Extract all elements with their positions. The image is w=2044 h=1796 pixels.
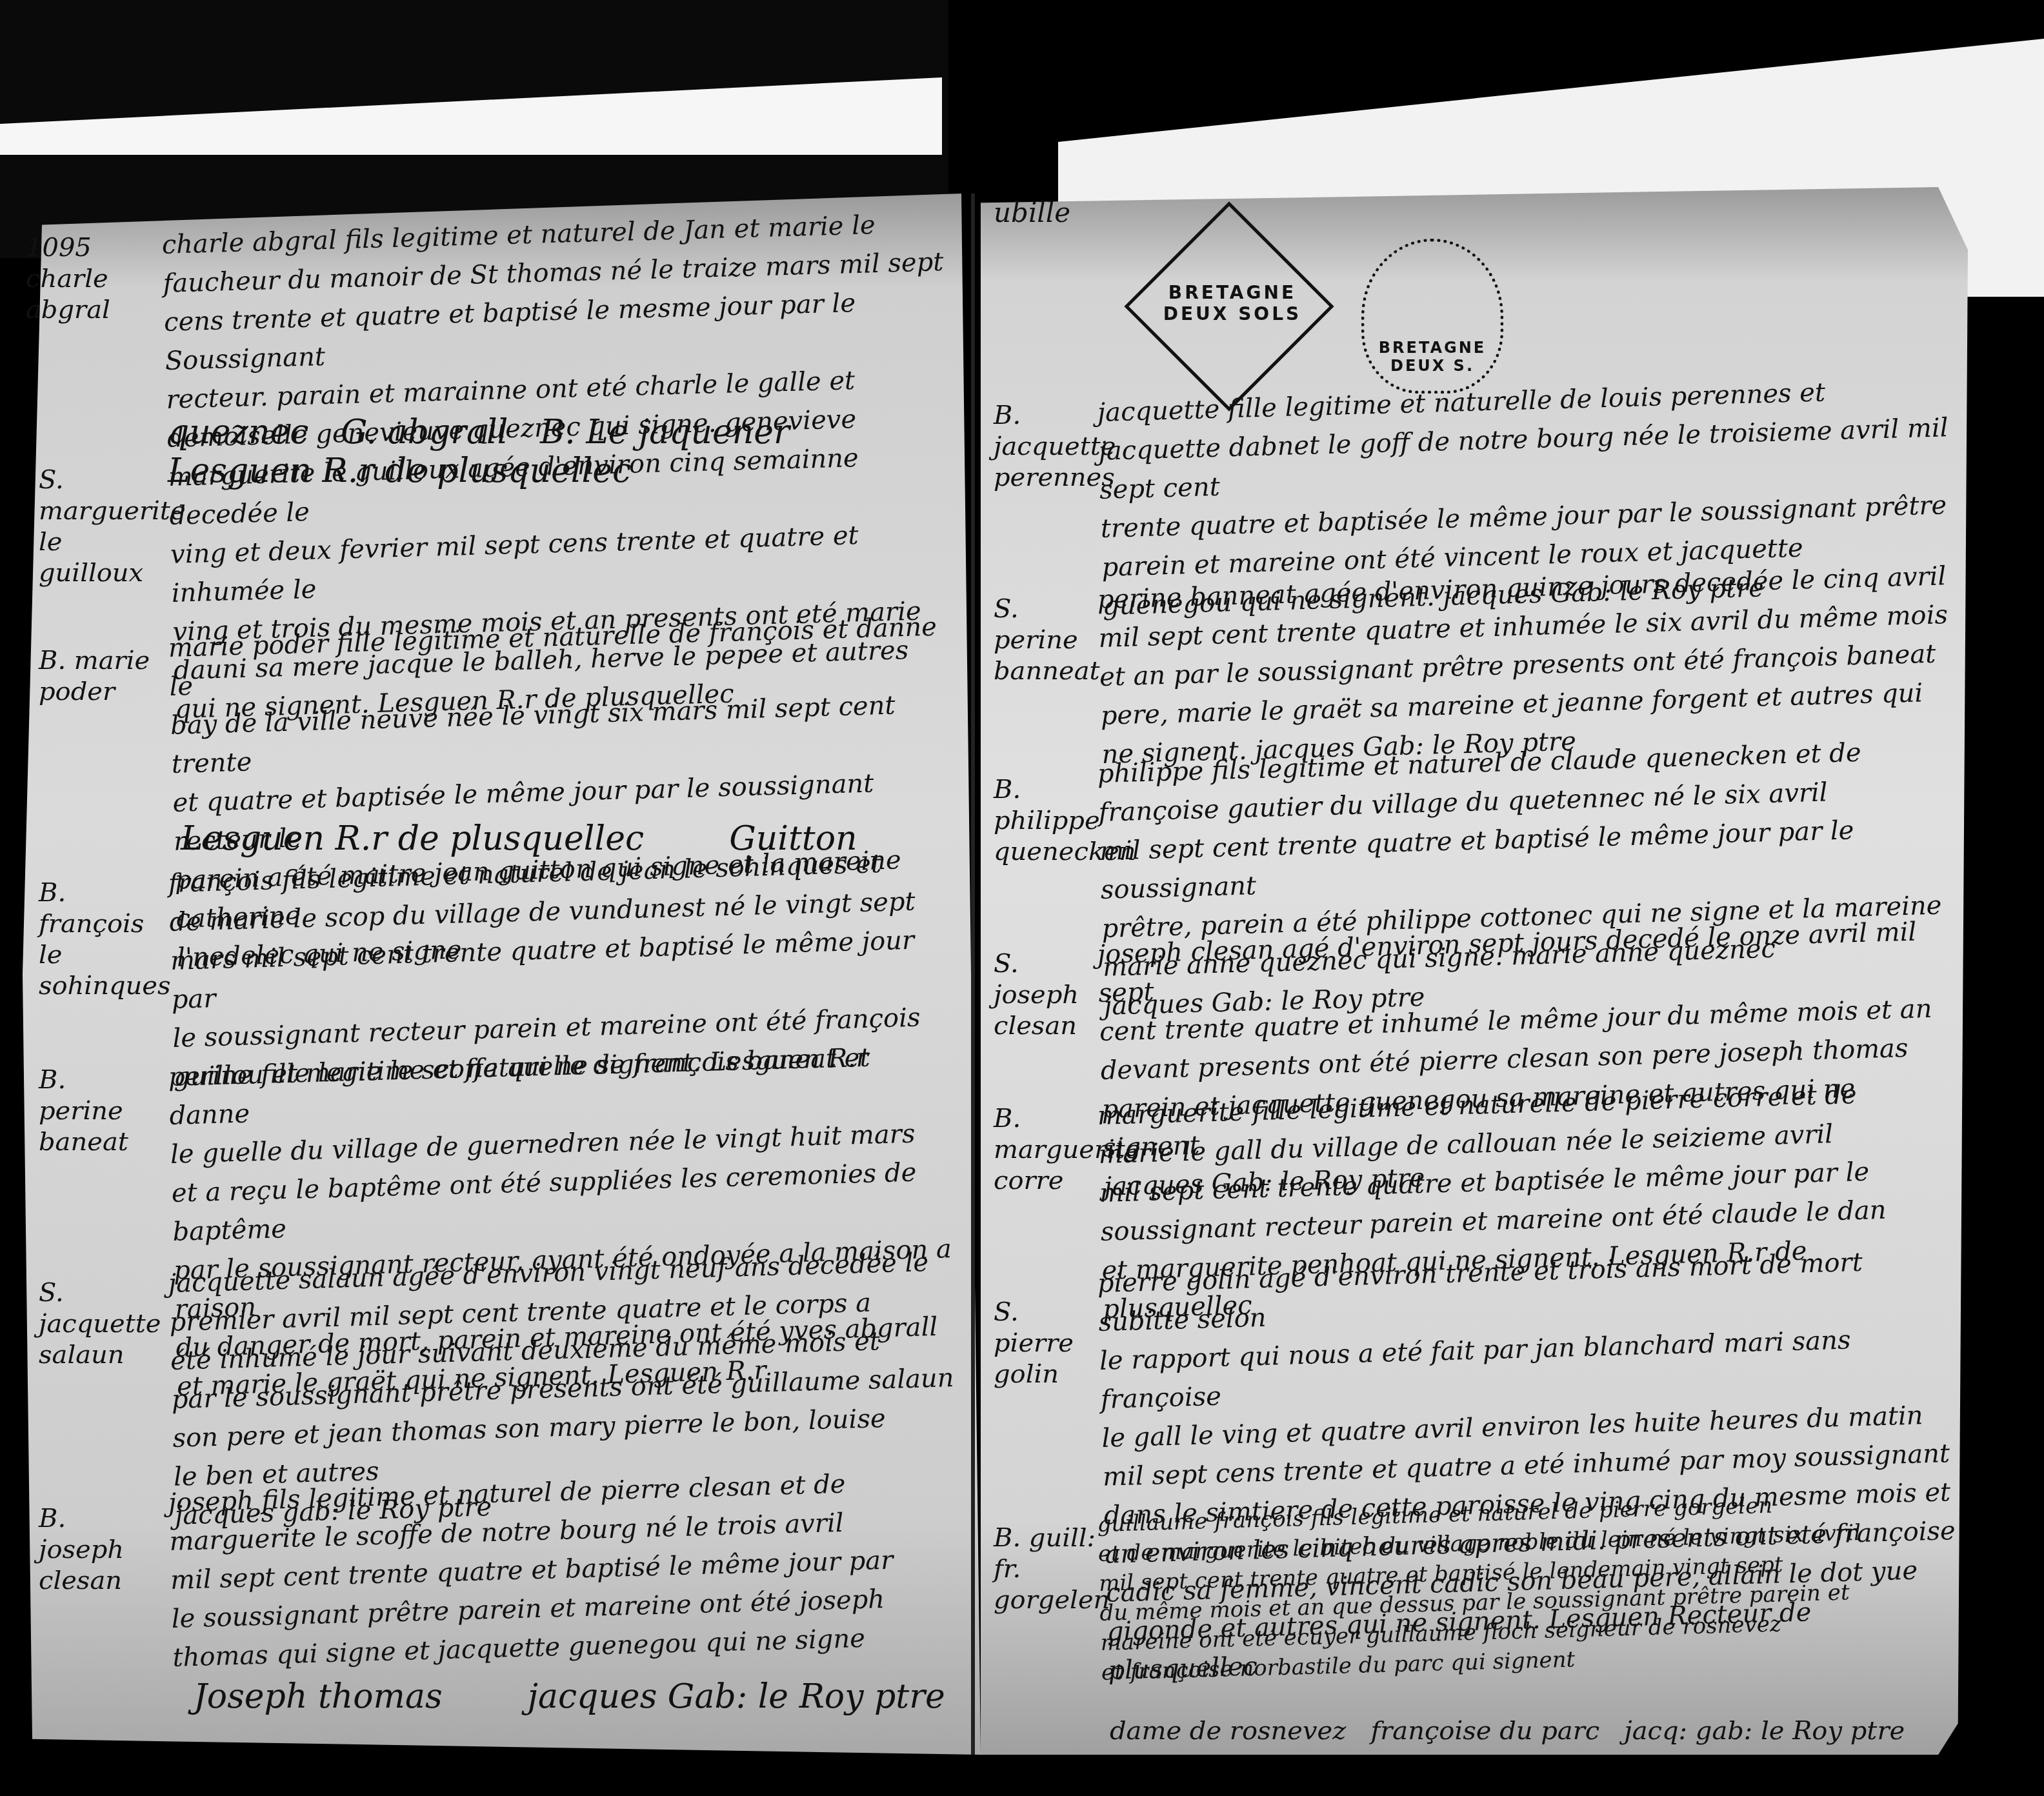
signatures: Joseph thomas jacques Gab: le Roy ptre	[194, 1677, 968, 1716]
margin-note: B. joseph clesan	[39, 1503, 155, 1596]
stamp-text: BRETAGNE DEUX SOLS	[1161, 282, 1303, 324]
margin-note: S. jacquette salaun	[39, 1277, 155, 1370]
margin-note: S. joseph clesan	[994, 948, 1097, 1041]
stamp-text: BRETAGNE DEUX S.	[1365, 339, 1500, 375]
margin-note: S. pierre golin	[994, 1297, 1097, 1390]
margin-note: S. marguerite le guilloux	[39, 464, 155, 588]
top-scrawl: ubille	[994, 197, 1070, 228]
margin-note: B. philippe quenecken	[994, 774, 1097, 867]
margin-note: B. guill: fr. gorgelen	[994, 1522, 1097, 1615]
register-entry: guillaume françois fils legitime et natu…	[1097, 1486, 1953, 1688]
margin-note: S. perine banneat	[994, 594, 1097, 686]
margin-note: B. marie poder	[39, 645, 155, 707]
margin-note: B. perine baneat	[39, 1064, 155, 1157]
margin-note: 1095 charle abgral	[26, 232, 155, 325]
margin-note: B. françois le sohinques	[39, 877, 155, 1001]
margin-note: B. jacquette perennes	[994, 400, 1097, 493]
tax-stamp-crown: BRETAGNE DEUX S.	[1361, 239, 1503, 394]
margin-note: B. marguerite corre	[994, 1103, 1097, 1196]
register-entry: joseph fils legitime et naturel de pierr…	[168, 1462, 960, 1677]
signatures: dame de rosnevez françoise du parc jacq:…	[1110, 1716, 1949, 1746]
binding-gutter	[971, 194, 975, 1755]
